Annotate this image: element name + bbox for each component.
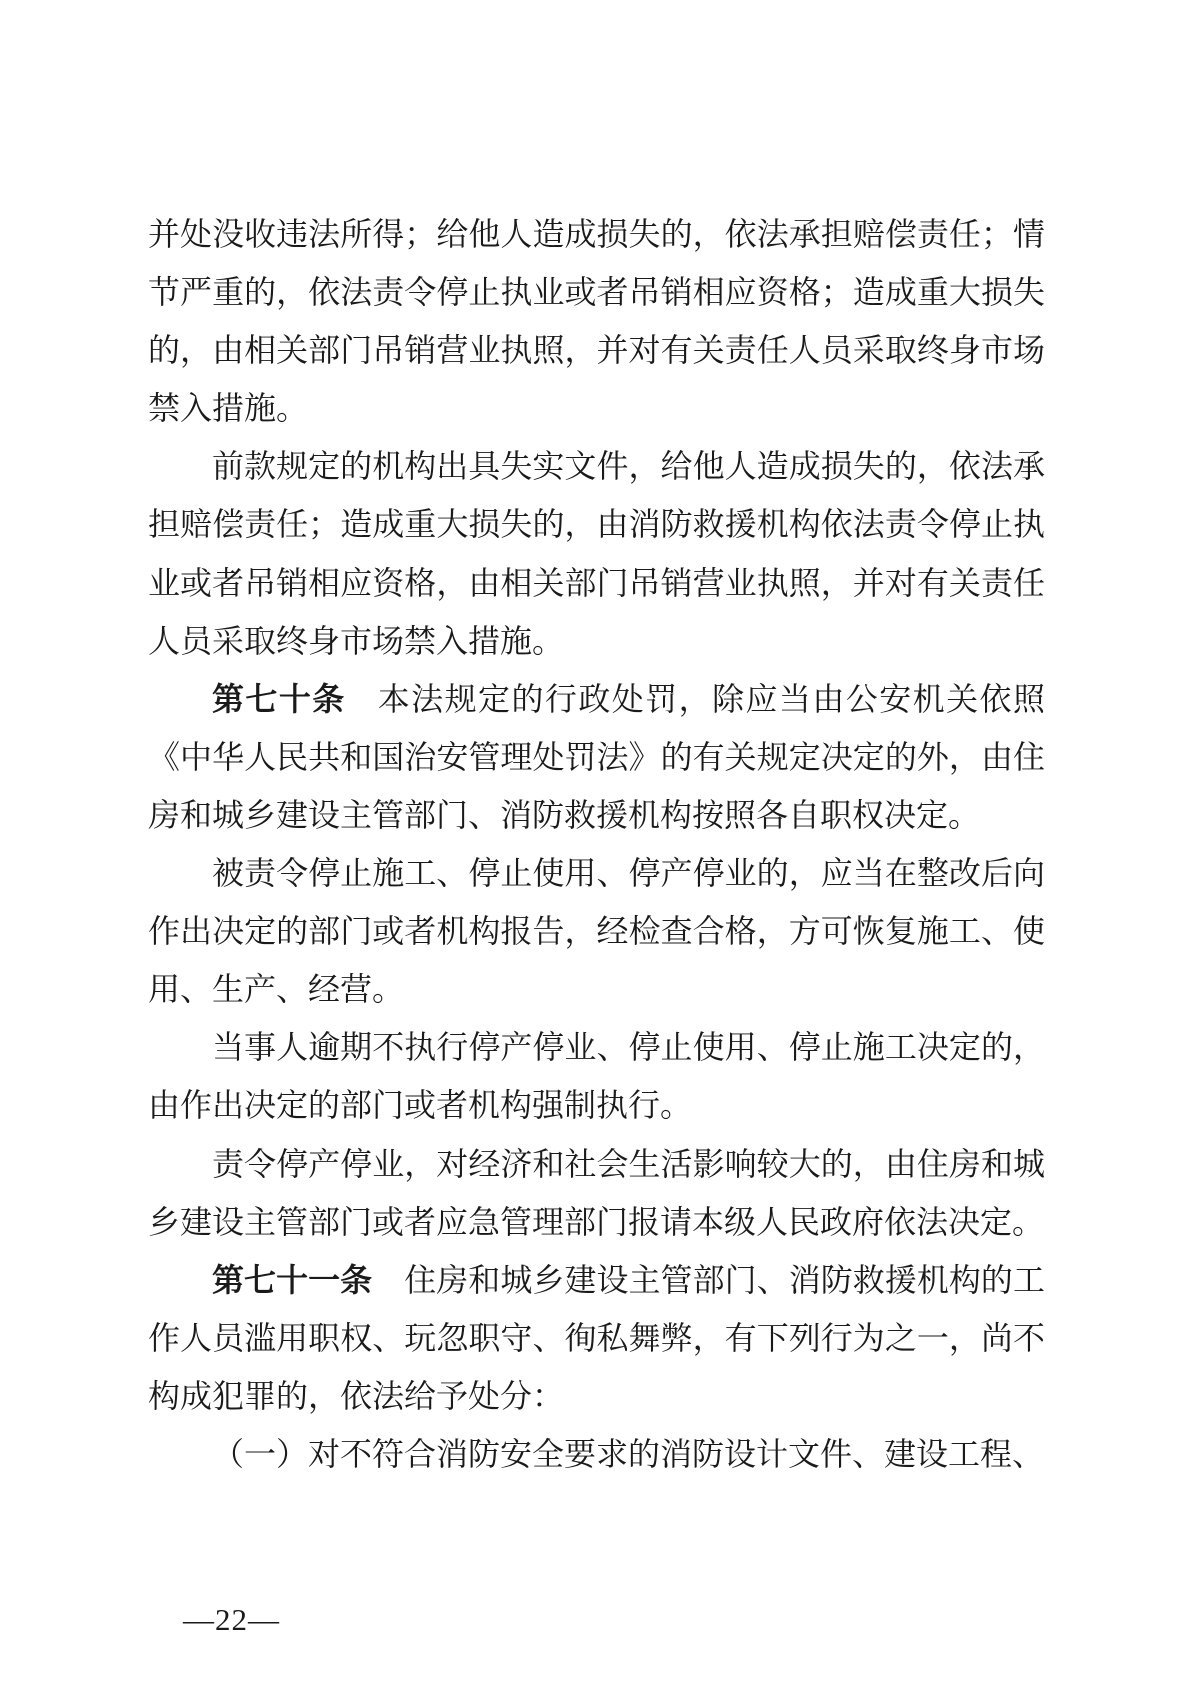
paragraph: 当事人逾期不执行停产停业、停止使用、停止施工决定的，由作出决定的部门或者机构强制…: [148, 1018, 1045, 1134]
paragraph-text: 当事人逾期不执行停产停业、停止使用、停止施工决定的，由作出决定的部门或者机构强制…: [148, 1029, 1045, 1123]
paragraph: 被责令停止施工、停止使用、停产停业的，应当在整改后向作出决定的部门或者机构报告，…: [148, 844, 1045, 1018]
paragraph-article-71: 第七十一条住房和城乡建设主管部门、消防救援机构的工作人员滥用职权、玩忽职守、徇私…: [148, 1251, 1045, 1425]
list-item-1: （一）对不符合消防安全要求的消防设计文件、建设工程、: [148, 1425, 1045, 1483]
paragraph-text: （一）对不符合消防安全要求的消防设计文件、建设工程、: [212, 1436, 1044, 1472]
paragraph-text: 责令停产停业，对经济和社会生活影响较大的，由住房和城乡建设主管部门或者应急管理部…: [148, 1146, 1045, 1240]
paragraph-text: 前款规定的机构出具失实文件，给他人造成损失的，依法承担赔偿责任；造成重大损失的，…: [148, 448, 1045, 658]
paragraph: 并处没收违法所得；给他人造成损失的，依法承担赔偿责任；情节严重的，依法责令停止执…: [148, 205, 1045, 437]
page-number: —22—: [183, 1601, 280, 1639]
article-number: 第七十条: [212, 681, 346, 717]
paragraph: 前款规定的机构出具失实文件，给他人造成损失的，依法承担赔偿责任；造成重大损失的，…: [148, 437, 1045, 669]
article-number: 第七十一条: [212, 1262, 372, 1298]
paragraph-text: 被责令停止施工、停止使用、停产停业的，应当在整改后向作出决定的部门或者机构报告，…: [148, 855, 1045, 1007]
paragraph-text: 并处没收违法所得；给他人造成损失的，依法承担赔偿责任；情节严重的，依法责令停止执…: [148, 216, 1045, 426]
paragraph-article-70: 第七十条本法规定的行政处罚，除应当由公安机关依照《中华人民共和国治安管理处罚法》…: [148, 670, 1045, 844]
document-body: 并处没收违法所得；给他人造成损失的，依法承担赔偿责任；情节严重的，依法责令停止执…: [148, 205, 1045, 1483]
paragraph: 责令停产停业，对经济和社会生活影响较大的，由住房和城乡建设主管部门或者应急管理部…: [148, 1135, 1045, 1251]
document-page: 并处没收违法所得；给他人造成损失的，依法承担赔偿责任；情节严重的，依法责令停止执…: [0, 0, 1190, 1683]
